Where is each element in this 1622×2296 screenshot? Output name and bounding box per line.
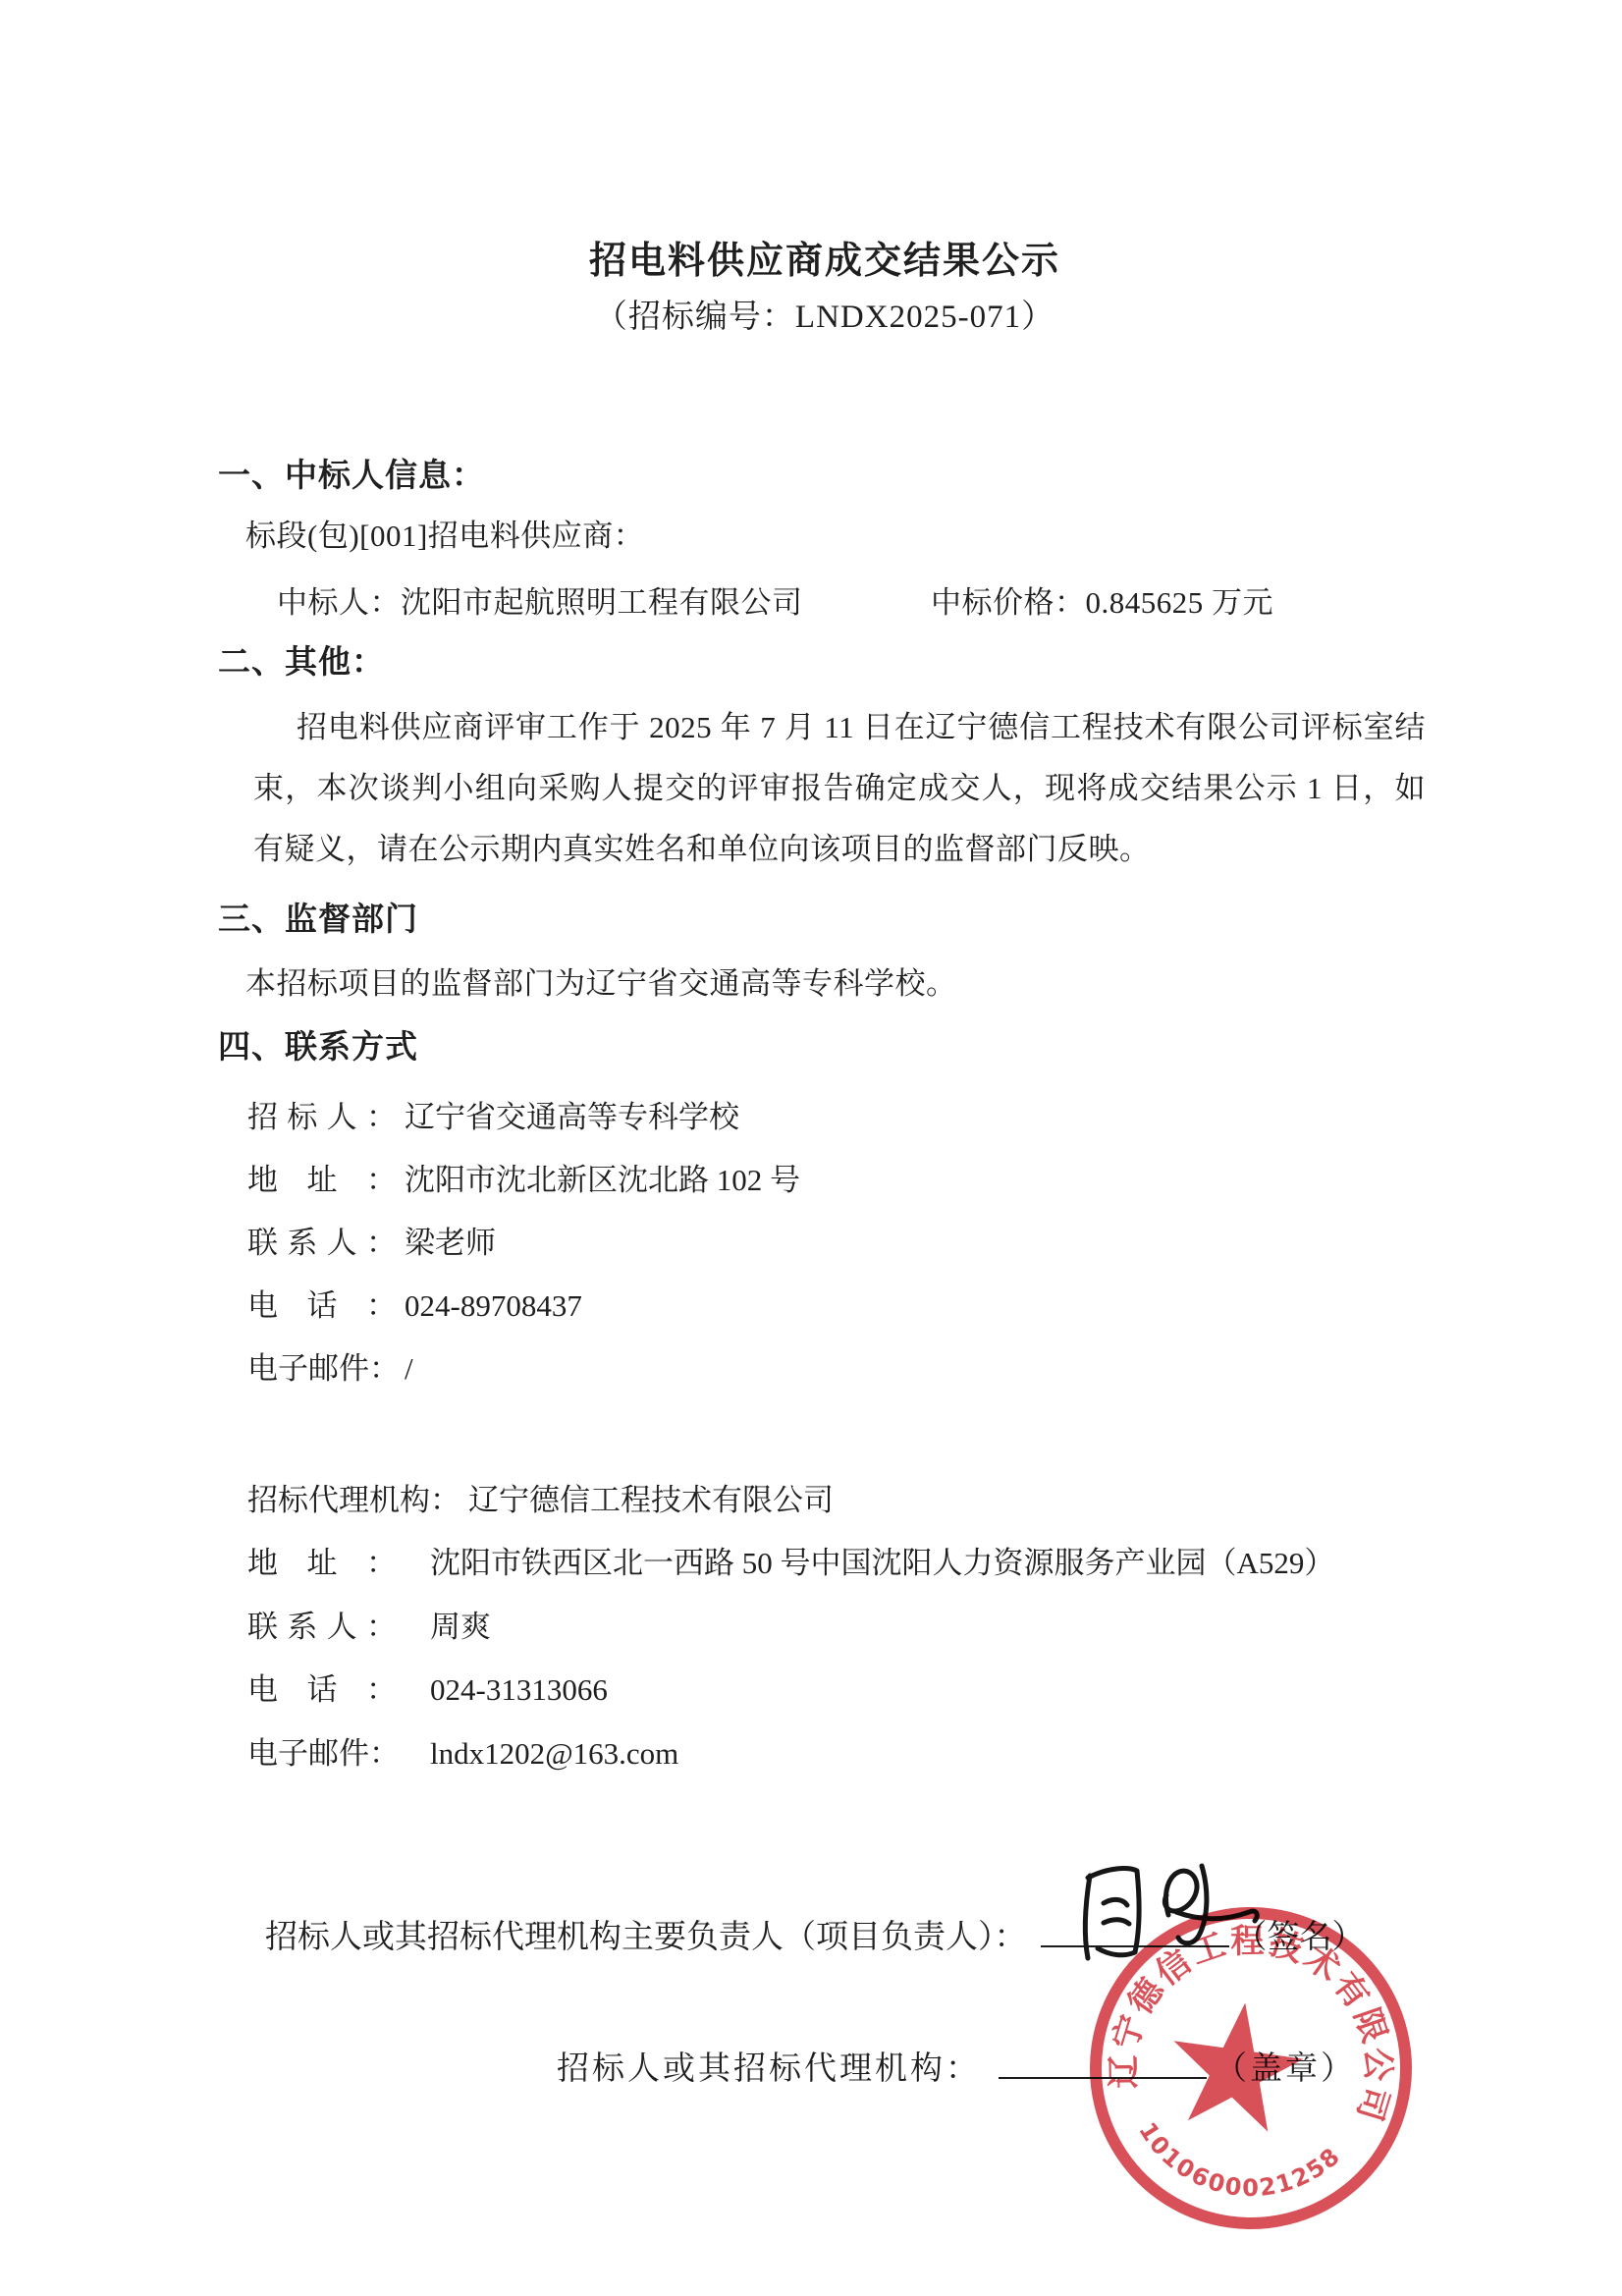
- contact-label: 招标人：: [247, 1092, 397, 1136]
- agency-seal-label: 招标人或其招标代理机构：: [557, 2051, 981, 2087]
- contact-value: 024-89708437: [405, 1288, 582, 1323]
- tenderer-row-email: 电子邮件：/: [247, 1343, 413, 1388]
- agency-row-address: 地址：沈阳市铁西区北一西路 50 号中国沈阳人力资源服务产业园（A529）: [247, 1538, 1334, 1582]
- principal-label: 招标人或其招标代理机构主要负责人（项目负责人）：: [265, 1920, 1027, 1955]
- agency-row-person: 联系人：周爽: [247, 1602, 491, 1646]
- section-heading-contact: 四、联系方式: [218, 1021, 418, 1067]
- tenderer-row-person: 联系人：梁老师: [247, 1218, 496, 1262]
- price-label: 中标价格：: [931, 585, 1086, 620]
- tender-number-subtitle: （招标编号：LNDX2025-071）: [14, 291, 1622, 337]
- contact-label: 招标代理机构：: [247, 1483, 460, 1517]
- contact-value: 辽宁德信工程技术有限公司: [468, 1483, 834, 1517]
- contact-value: /: [405, 1351, 413, 1386]
- page-title: 招电料供应商成交结果公示: [14, 230, 1622, 284]
- contact-label: 电话：: [247, 1665, 397, 1709]
- agency-row-phone: 电话：024-31313066: [247, 1665, 608, 1709]
- section-heading-supervision: 三、监督部门: [218, 894, 418, 940]
- tenderer-row-phone: 电话：024-89708437: [247, 1281, 582, 1325]
- price-value: 0.845625 万元: [1086, 585, 1274, 620]
- contact-label: 电子邮件：: [247, 1343, 397, 1388]
- lot-line: 标段(包)[001]招电料供应商：: [245, 511, 644, 555]
- agency-row-email: 电子邮件：lndx1202@163.com: [247, 1728, 678, 1773]
- tenderer-row-address: 地址：沈阳市沈北新区沈北路 102 号: [247, 1155, 800, 1199]
- contact-label: 联系人：: [247, 1218, 397, 1262]
- company-seal-stamp: 辽宁德信工程技术有限公司 210106000212585: [1074, 1891, 1428, 2245]
- agency-row-name: 招标代理机构：辽宁德信工程技术有限公司: [247, 1475, 834, 1519]
- contact-value: 周爽: [430, 1610, 491, 1644]
- contact-value: 024-31313066: [430, 1672, 608, 1707]
- contact-label: 电子邮件：: [247, 1728, 397, 1773]
- contact-label: 地址：: [247, 1155, 397, 1199]
- contact-value: 辽宁省交通高等专科学校: [405, 1100, 739, 1134]
- section-heading-other: 二、其他：: [218, 636, 385, 683]
- contact-value: lndx1202@163.com: [430, 1736, 678, 1771]
- winner-name: 沈阳市起航照明工程有限公司: [401, 585, 803, 620]
- document-page: 招电料供应商成交结果公示 （招标编号：LNDX2025-071） 一、中标人信息…: [0, 0, 1622, 2296]
- contact-value: 梁老师: [405, 1226, 496, 1260]
- winner-label: 中标人：: [277, 585, 401, 620]
- contact-label: 地址：: [247, 1538, 397, 1582]
- review-paragraph: 招电料供应商评审工作于 2025 年 7 月 11 日在辽宁德信工程技术有限公司…: [253, 697, 1426, 880]
- winner-line: 中标人：沈阳市起航照明工程有限公司 中标价格：0.845625 万元: [277, 577, 803, 622]
- contact-label: 电话：: [247, 1281, 397, 1325]
- seal-star-icon: [1163, 1994, 1311, 2135]
- contact-value: 沈阳市沈北新区沈北路 102 号: [405, 1163, 800, 1197]
- tenderer-row-name: 招标人：辽宁省交通高等专科学校: [247, 1092, 739, 1136]
- contact-label: 联系人：: [247, 1602, 397, 1646]
- contact-value: 沈阳市铁西区北一西路 50 号中国沈阳人力资源服务产业园（A529）: [430, 1546, 1334, 1580]
- section-heading-winner-info: 一、中标人信息：: [218, 450, 485, 496]
- supervision-body: 本招标项目的监督部门为辽宁省交通高等专科学校。: [245, 958, 957, 1003]
